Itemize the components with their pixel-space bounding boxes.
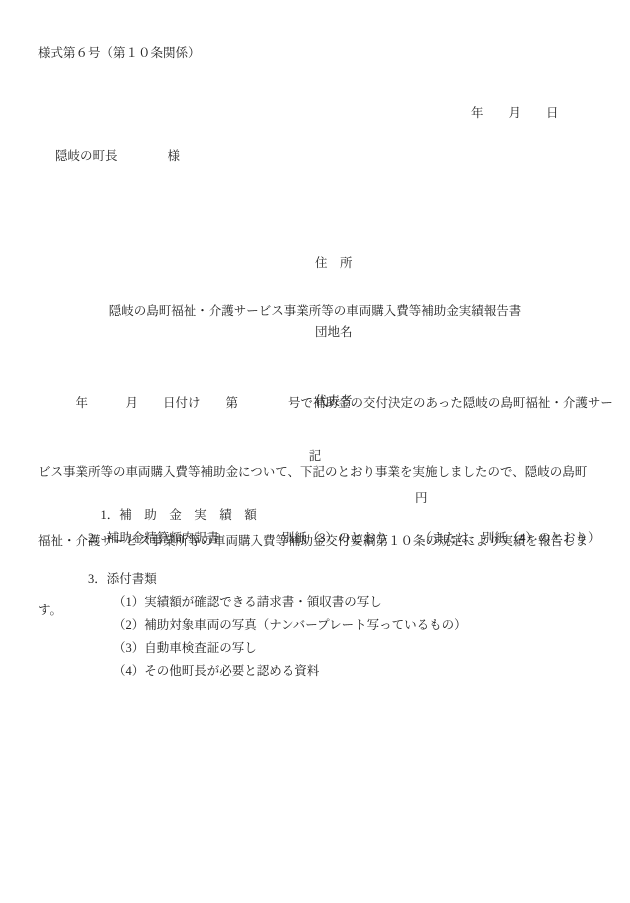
- attachment-item-3: （3）自動車検査証の写し: [113, 640, 257, 657]
- item-1-row: 1．補 助 金 実 績 額 円: [88, 490, 608, 558]
- attachment-item-1: （1）実績額が確認できる請求書・領収書の写し: [113, 594, 382, 611]
- applicant-address-label: 住 所: [315, 252, 353, 275]
- date-line: 年 月 日: [471, 105, 559, 122]
- document-page: 様式第６号（第１０条関係） 年 月 日 隠岐の町長 様 住 所 団地名 代表者 …: [0, 0, 630, 903]
- document-title: 隠岐の島町福祉・介護サービス事業所等の車両購入費等補助金実績報告書: [0, 303, 630, 320]
- item-2-row: 2．補助金精算額内訳書 別紙（3）のとおり （または、別紙（4）のとおり）: [88, 530, 601, 547]
- addressee-line: 隠岐の町長 様: [55, 148, 180, 165]
- attachment-item-2: （2）補助対象車両の写真（ナンバープレート写っているもの）: [113, 617, 467, 634]
- body-line-1: 年 月 日付け 第 号で補助金の交付決定のあった隠岐の島町福祉・介護サー: [38, 392, 613, 415]
- notation-marker: 記: [0, 448, 630, 465]
- form-number: 様式第６号（第１０条関係）: [38, 45, 201, 62]
- attachment-item-4: （4）その他町長が必要と認める資料: [113, 663, 319, 680]
- applicant-organization-label: 団地名: [315, 321, 353, 344]
- item-1-label: 1．補 助 金 実 績 額: [101, 508, 257, 522]
- item-3-row: 3．添付書類: [88, 571, 157, 588]
- item-1-currency-unit: 円: [415, 490, 428, 507]
